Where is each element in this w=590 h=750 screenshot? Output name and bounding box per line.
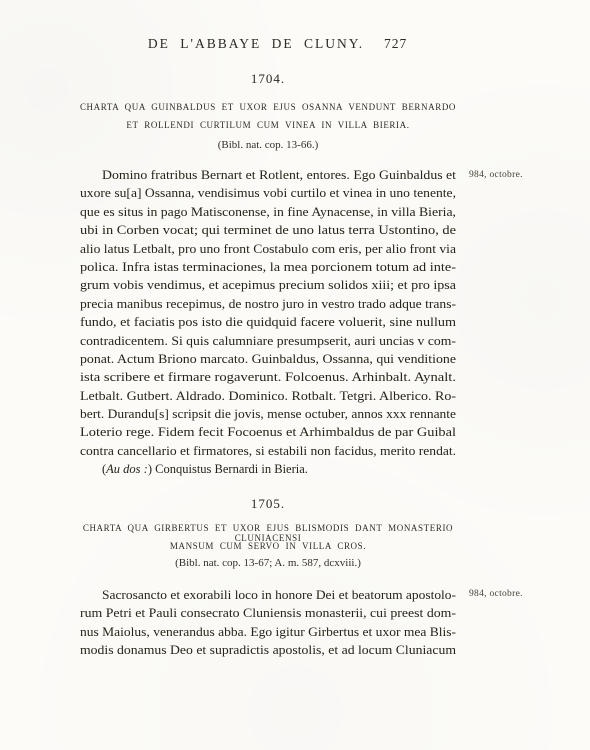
body-line: Letbalt. Gutbert. Aldrado. Dominico. Rot… xyxy=(80,387,456,405)
charter-1704-title-line-2: ET ROLLENDI CURTILUM CUM VINEA IN VILLA … xyxy=(70,120,466,130)
charter-1705-title-line-2: MANSUM CUM SERVO IN VILLA CROS. xyxy=(70,541,466,551)
body-line: Loterio rege. Fidem fecit Focoenus et Ar… xyxy=(80,423,456,441)
charter-1705-margin-date: 984, octobre. xyxy=(469,589,581,599)
body-line: Sacrosancto et exorabili loco in honore … xyxy=(80,586,456,604)
body-line: contradicentem. Si quis calumniare presu… xyxy=(80,332,456,350)
charter-1704-number: 1704. xyxy=(80,71,456,87)
body-line: que es situs in pago Matisconense, in fi… xyxy=(80,203,456,221)
body-line: ponat. Actum Briono marcato. Guinbaldus,… xyxy=(80,350,456,368)
body-line: rum Petri et Pauli consecrato Cluniensis… xyxy=(80,604,456,622)
body-line: polica. Infra istas terminaciones, la me… xyxy=(80,258,456,276)
body-line: fundo, et faciatis pos isto die quidquid… xyxy=(80,313,456,331)
au-dos-label: Au dos : xyxy=(106,462,148,476)
page-number: 727 xyxy=(384,36,407,52)
charter-1705-body: Sacrosancto et exorabili loco in honore … xyxy=(80,586,456,660)
body-line: ubi in Corben vocat; qui terminet de uno… xyxy=(80,221,456,239)
body-line: bert. Durandu[s] scripsit die jovis, men… xyxy=(80,405,456,423)
body-line: nus Maiolus, venerandus abba. Ego igitur… xyxy=(80,623,456,641)
body-line: contra cancellario et firmatores, si est… xyxy=(80,442,456,460)
charter-1704-source-citation: (Bibl. nat. cop. 13-66.) xyxy=(80,139,456,151)
body-line: ista scribere et firmare rogaverunt. Fol… xyxy=(80,368,456,386)
body-line: alio latus Letbalt, pro uno front Costab… xyxy=(80,240,456,258)
charter-1705-source-citation: (Bibl. nat. cop. 13-67; A. m. 587, dcxvi… xyxy=(80,557,456,569)
charter-1704-body: Domino fratribus Bernart et Rotlent, ent… xyxy=(80,166,456,479)
charter-1705-title-line-1: CHARTA QUA GIRBERTUS ET UXOR EJUS BLISMO… xyxy=(70,523,466,543)
body-line: grum vobis vendimus, et acepimus precium… xyxy=(80,276,456,294)
running-title: DE L'ABBAYE DE CLUNY. xyxy=(0,36,512,52)
body-line: Domino fratribus Bernart et Rotlent, ent… xyxy=(80,166,456,184)
body-line: uxore su[a] Ossanna, vendisimus vobi cur… xyxy=(80,184,456,202)
charter-1705-number: 1705. xyxy=(80,496,456,512)
au-dos-note: (Au dos :) Conquistus Bernardi in Bieria… xyxy=(80,460,456,478)
charter-1704-margin-date: 984, octobre. xyxy=(469,170,581,180)
body-line: precia manibus recepimus, de nostro juro… xyxy=(80,295,456,313)
scanned-book-page: { "page": { "running_title": "DE L'ABBAY… xyxy=(0,0,590,750)
body-line: modis donamus Deo et supradictis apostol… xyxy=(80,641,456,659)
charter-1704-title-line-1: CHARTA QUA GUINBALDUS ET UXOR EJUS OSANN… xyxy=(70,102,466,112)
